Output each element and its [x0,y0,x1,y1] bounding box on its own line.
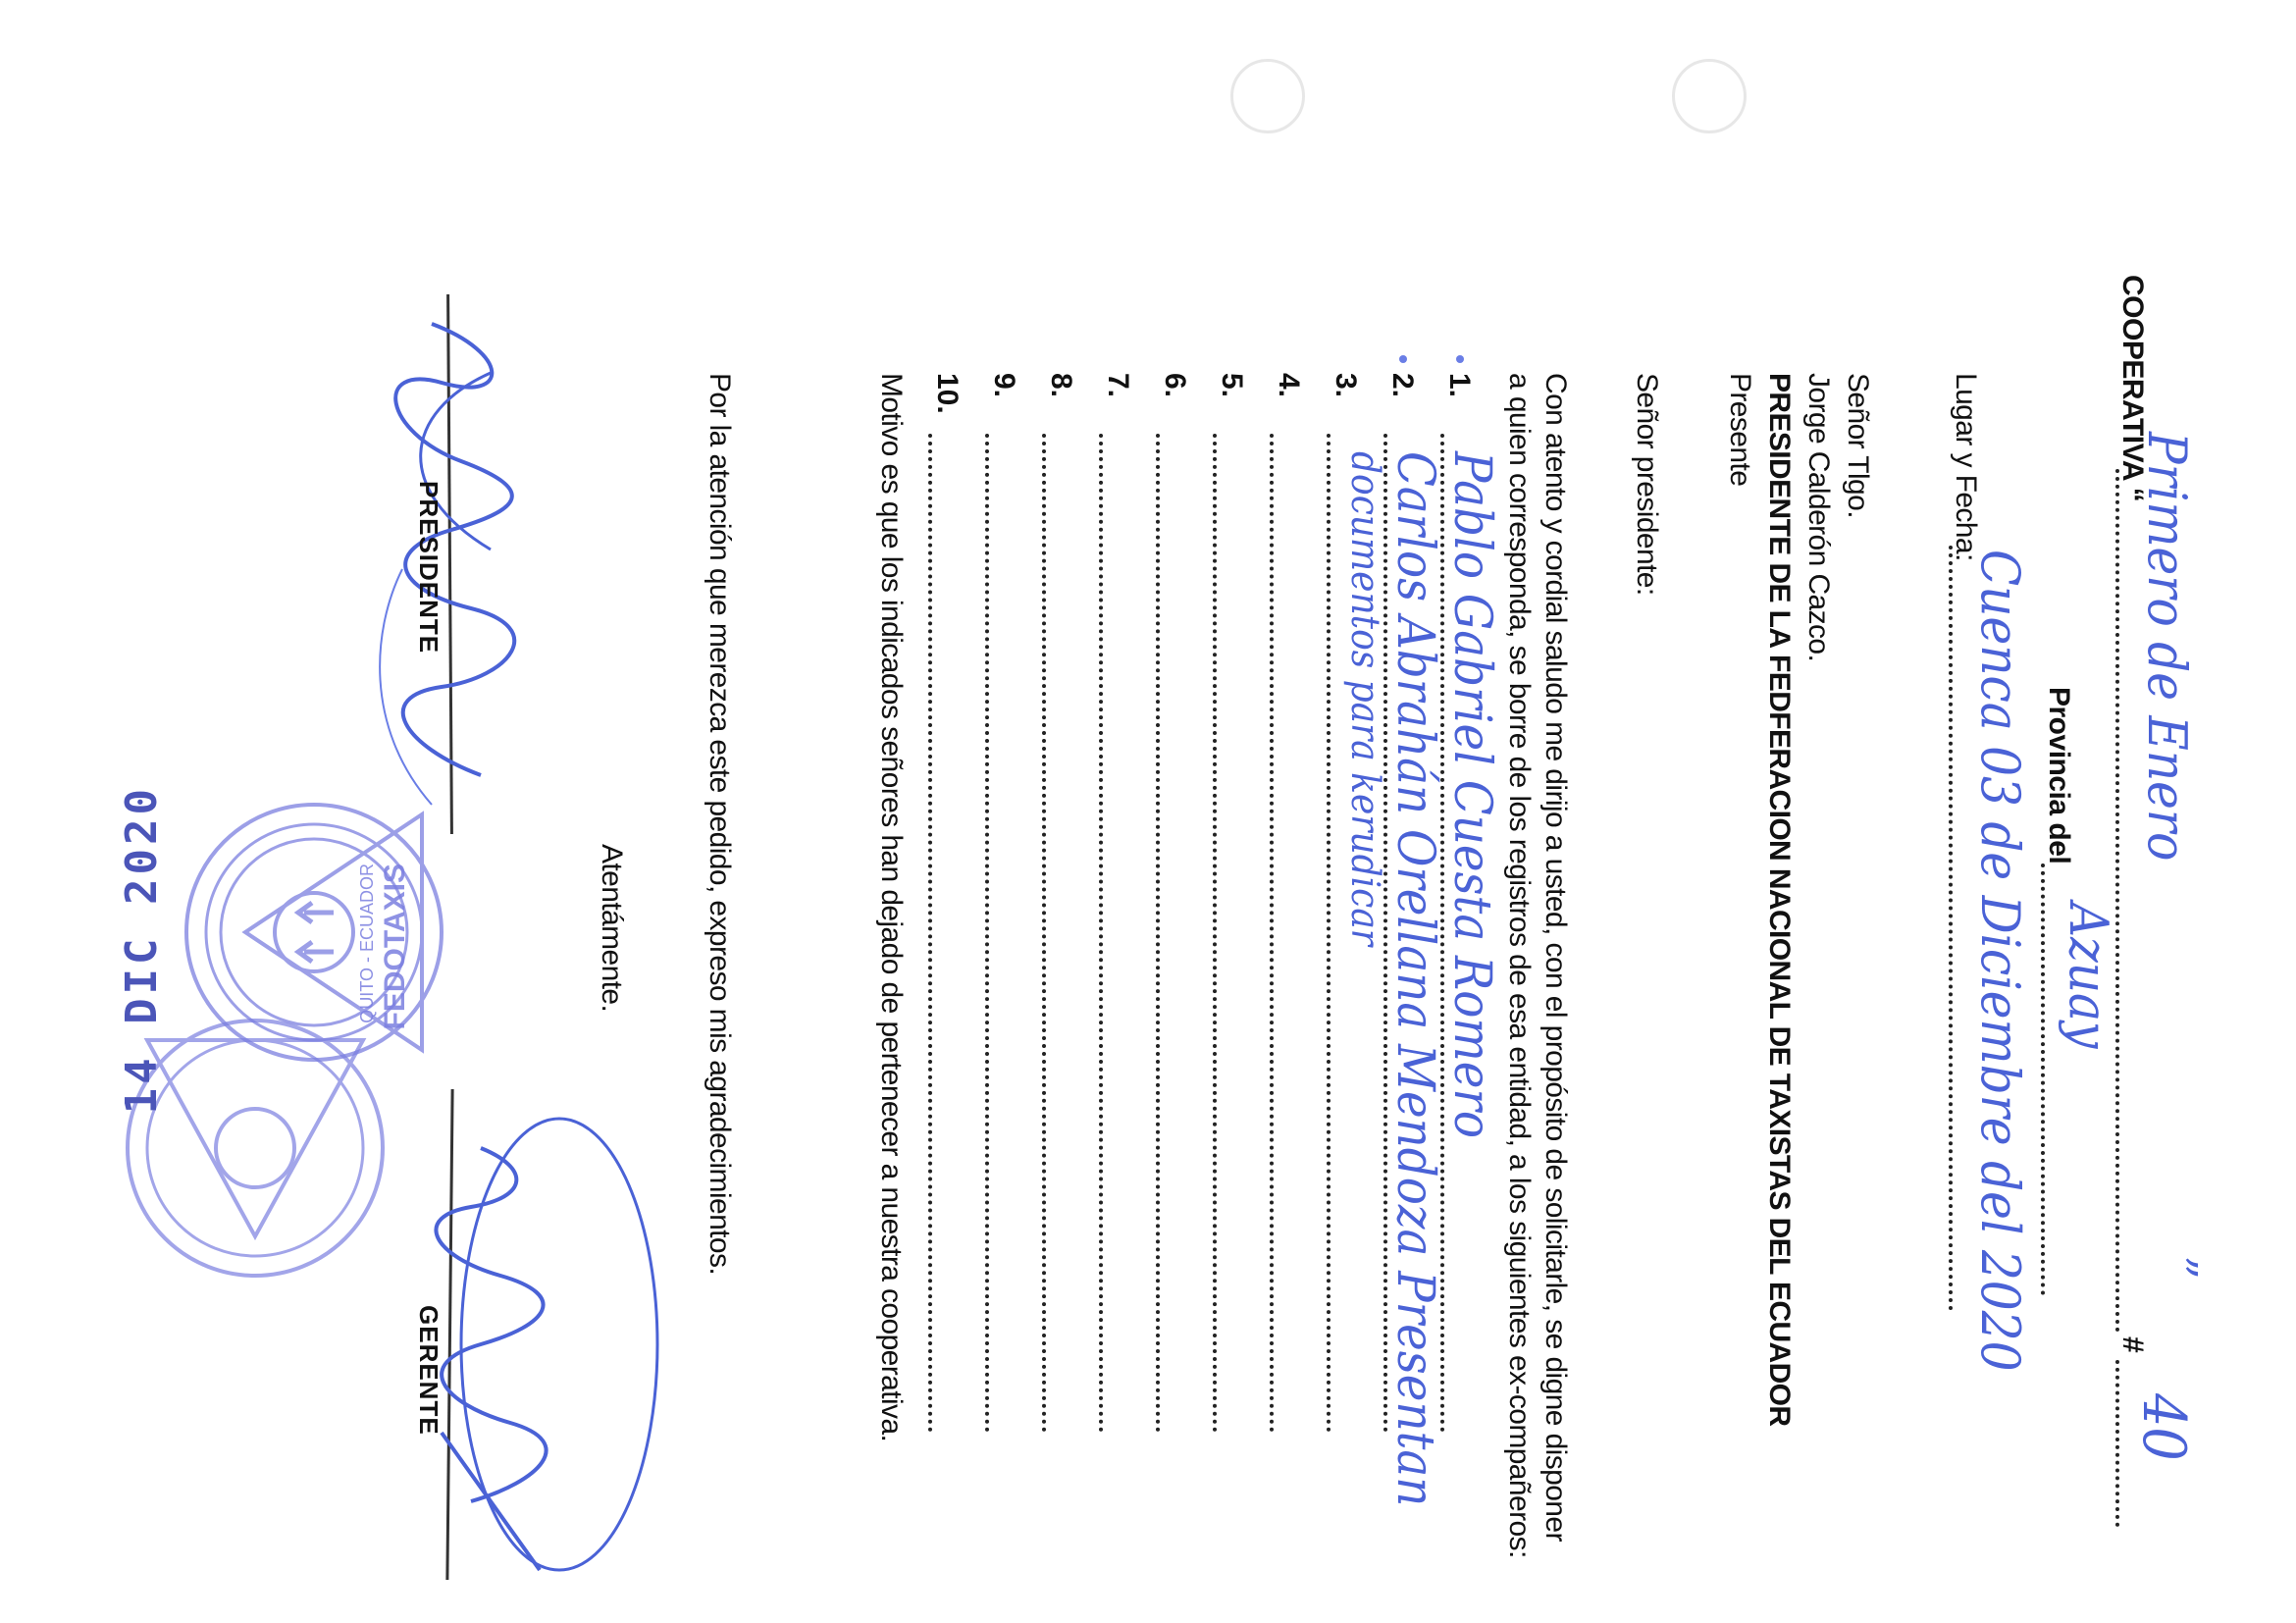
member-field-line [985,434,989,1433]
manager-signature [422,1109,677,1619]
member-row: 7. [1085,373,1140,1433]
member-row: 4. [1256,373,1311,1433]
member-number: 6. [1158,373,1191,397]
member-name-field[interactable]: documentos para kerudicar [1342,451,1387,946]
seal-location-text: QUITO - ECUADOR [357,864,378,1023]
cooperativa-field[interactable]: Primero de Enero [2136,432,2198,861]
intro-line-2: a quien corresponda, se borre de los reg… [1502,373,1536,1558]
member-row: 10. [914,373,969,1433]
bullet-mark-icon [1456,355,1464,363]
member-field-line [1099,434,1103,1433]
cooperativa-number-line [2115,1360,2119,1527]
member-field-line [1270,434,1274,1433]
lugar-fecha-field-line [1949,546,1953,1311]
greeting: Señor presidente: [1630,373,1663,596]
provincia-field-line [2041,864,2045,1295]
member-row: 3.documentos para kerudicar [1313,373,1368,1433]
cooperativa-number-field[interactable]: 40 [2129,1393,2198,1461]
reason-text: Motivo es que los indicados señores han … [874,373,908,1441]
member-number: 7. [1101,373,1134,397]
cooperativa-field-line [2115,469,2119,1333]
member-number: 9. [987,373,1020,397]
letter-page: COOPERATIVA “ Primero de Enero ” # 40 Pr… [0,0,2296,1623]
provincia-label: Provincia del [2042,687,2075,864]
member-name-field[interactable]: Carlos Abrahán Orellana Mendoza Presenta… [1385,451,1444,1506]
bullet-mark-icon [1399,355,1407,363]
recipient-presente: Presente [1723,373,1756,486]
member-field-line [1156,434,1160,1433]
member-number: 3. [1329,373,1362,397]
member-number: 1. [1442,373,1476,397]
scan-hole-mark [1230,59,1305,133]
recipient-salutation: Señor Tlgo. [1841,373,1874,518]
member-field-line [1213,434,1217,1433]
member-number: 5. [1215,373,1248,397]
lugar-fecha-field[interactable]: Cuenca 03 de Diciembre del 2020 [1969,550,2031,1371]
president-label: PRESIDENTE [413,481,444,654]
member-row: 8. [1028,373,1083,1433]
closing-text: Atentámente. [595,844,628,1012]
intro-line-1: Con atento y cordial saludo me dirijo a … [1539,373,1572,1542]
provincia-field[interactable]: Azuay [2058,903,2119,1048]
member-row: 5. [1199,373,1254,1433]
member-row: 9. [971,373,1026,1433]
cooperativa-number-label: # [2115,1336,2149,1352]
member-field-line [928,434,932,1433]
lugar-fecha-label: Lugar y Fecha: [1949,373,1982,561]
member-row: 6. [1142,373,1197,1433]
member-field-line [1042,434,1046,1433]
thanks-text: Por la atención que merezca este pedido,… [703,373,736,1275]
member-number: 10. [930,373,964,414]
president-signature [353,314,549,824]
recipient-title: PRESIDENTE DE LA FEDFERACION NACIONAL DE… [1762,373,1796,1426]
manager-label: GERENTE [413,1305,444,1436]
received-date-stamp: 14 DIC 2020 [117,785,167,1114]
recipient-name: Jorge Calderón Cazco. [1801,373,1835,661]
member-name-field[interactable]: Pablo Gabriel Cuesta Romero [1442,451,1501,1138]
member-number: 4. [1272,373,1305,397]
scan-hole-mark [1672,59,1747,133]
member-field-line [1327,434,1331,1433]
member-number: 2. [1385,373,1419,397]
member-number: 8. [1044,373,1077,397]
cooperativa-close-quote: ” [2151,1256,2208,1279]
